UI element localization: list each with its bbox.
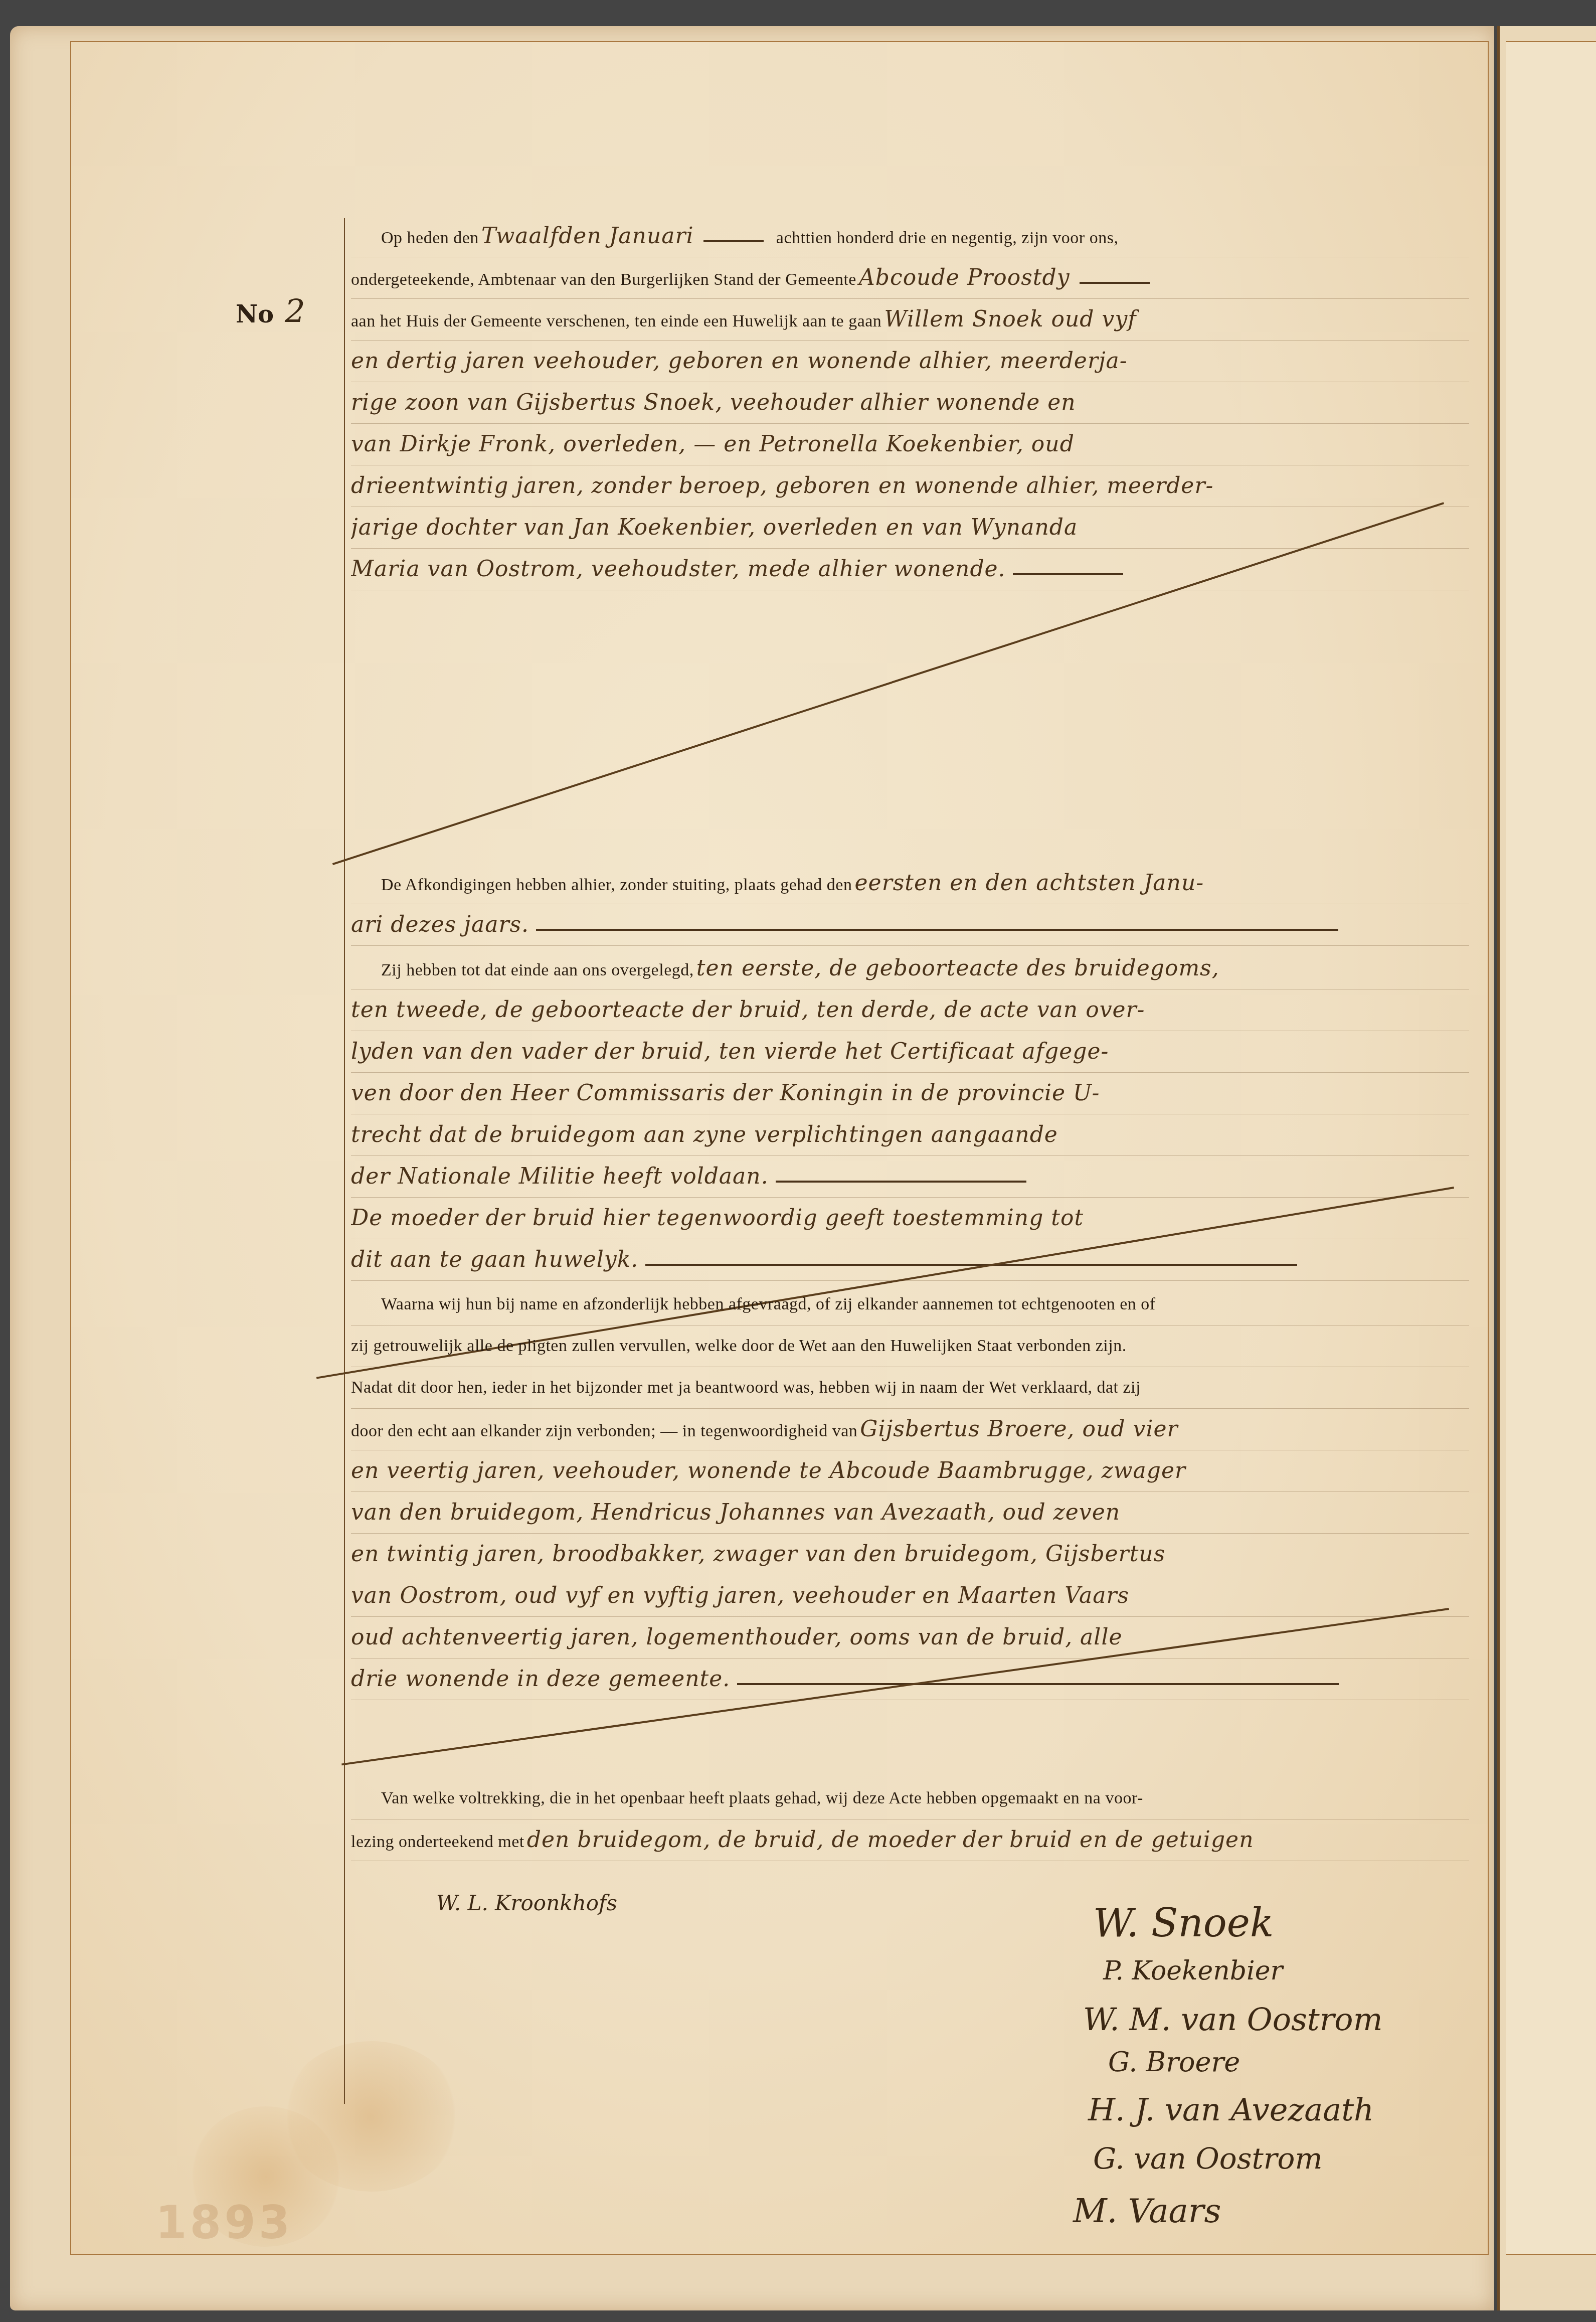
signature-witness: G. Broere [1108, 2046, 1240, 2078]
handwritten-line: en dertig jaren veehouder, geboren en wo… [351, 348, 1128, 374]
signature-mother: W. M. van Oostrom [1083, 2001, 1382, 2038]
paragraph-closing: Van welke voltrekking, die in het openba… [351, 1778, 1469, 1861]
act-number-value: 2 [285, 293, 305, 330]
signature-groom: W. Snoek [1093, 1901, 1274, 1946]
handwritten-date: Twaalfden Januari [481, 223, 694, 249]
signature-witness: M. Vaars [1073, 2192, 1221, 2230]
signature-witness: H. J. van Avezaath [1088, 2091, 1374, 2128]
signature-registrar: W. L. Kroonkhofs [436, 1891, 617, 1915]
paragraph-documents: Zij hebben tot dat einde aan ons overgel… [351, 948, 1469, 1281]
act-number-label: No [236, 300, 274, 328]
paragraph-banns: De Afkondigingen hebben alhier, zonder s… [351, 863, 1469, 946]
paragraph-declaration: Waarna wij hun bij name en afzonderlijk … [351, 1284, 1469, 1700]
handwritten-line: rige zoon van Gijsbertus Snoek, veehoude… [351, 390, 1076, 415]
handwritten-witness: Gijsbertus Broere, oud vier [860, 1416, 1178, 1442]
faded-stamp: 1893 [155, 2197, 293, 2249]
handwritten-line: van Dirkje Fronk, overleden, — en Petron… [351, 431, 1075, 457]
act-number: No2 [236, 293, 305, 330]
signature-witness: G. van Oostrom [1093, 2141, 1322, 2176]
margin-rule [344, 218, 345, 2104]
handwritten-groom: Willem Snoek oud vyf [884, 306, 1136, 332]
paragraph-intro: Op heden den Twaalfden Januari achttien … [351, 216, 1469, 590]
handwritten-line: Maria van Oostrom, veehoudster, mede alh… [351, 556, 1006, 582]
facing-page-edge [1497, 26, 1596, 2310]
handwritten-line: drieentwintig jaren, zonder beroep, gebo… [351, 473, 1213, 499]
handwritten-municipality: Abcoude Proostdy [859, 265, 1070, 290]
signature-bride: P. Koekenbier [1103, 1956, 1283, 1986]
handwritten-line: jarige dochter van Jan Koekenbier, overl… [351, 515, 1078, 540]
